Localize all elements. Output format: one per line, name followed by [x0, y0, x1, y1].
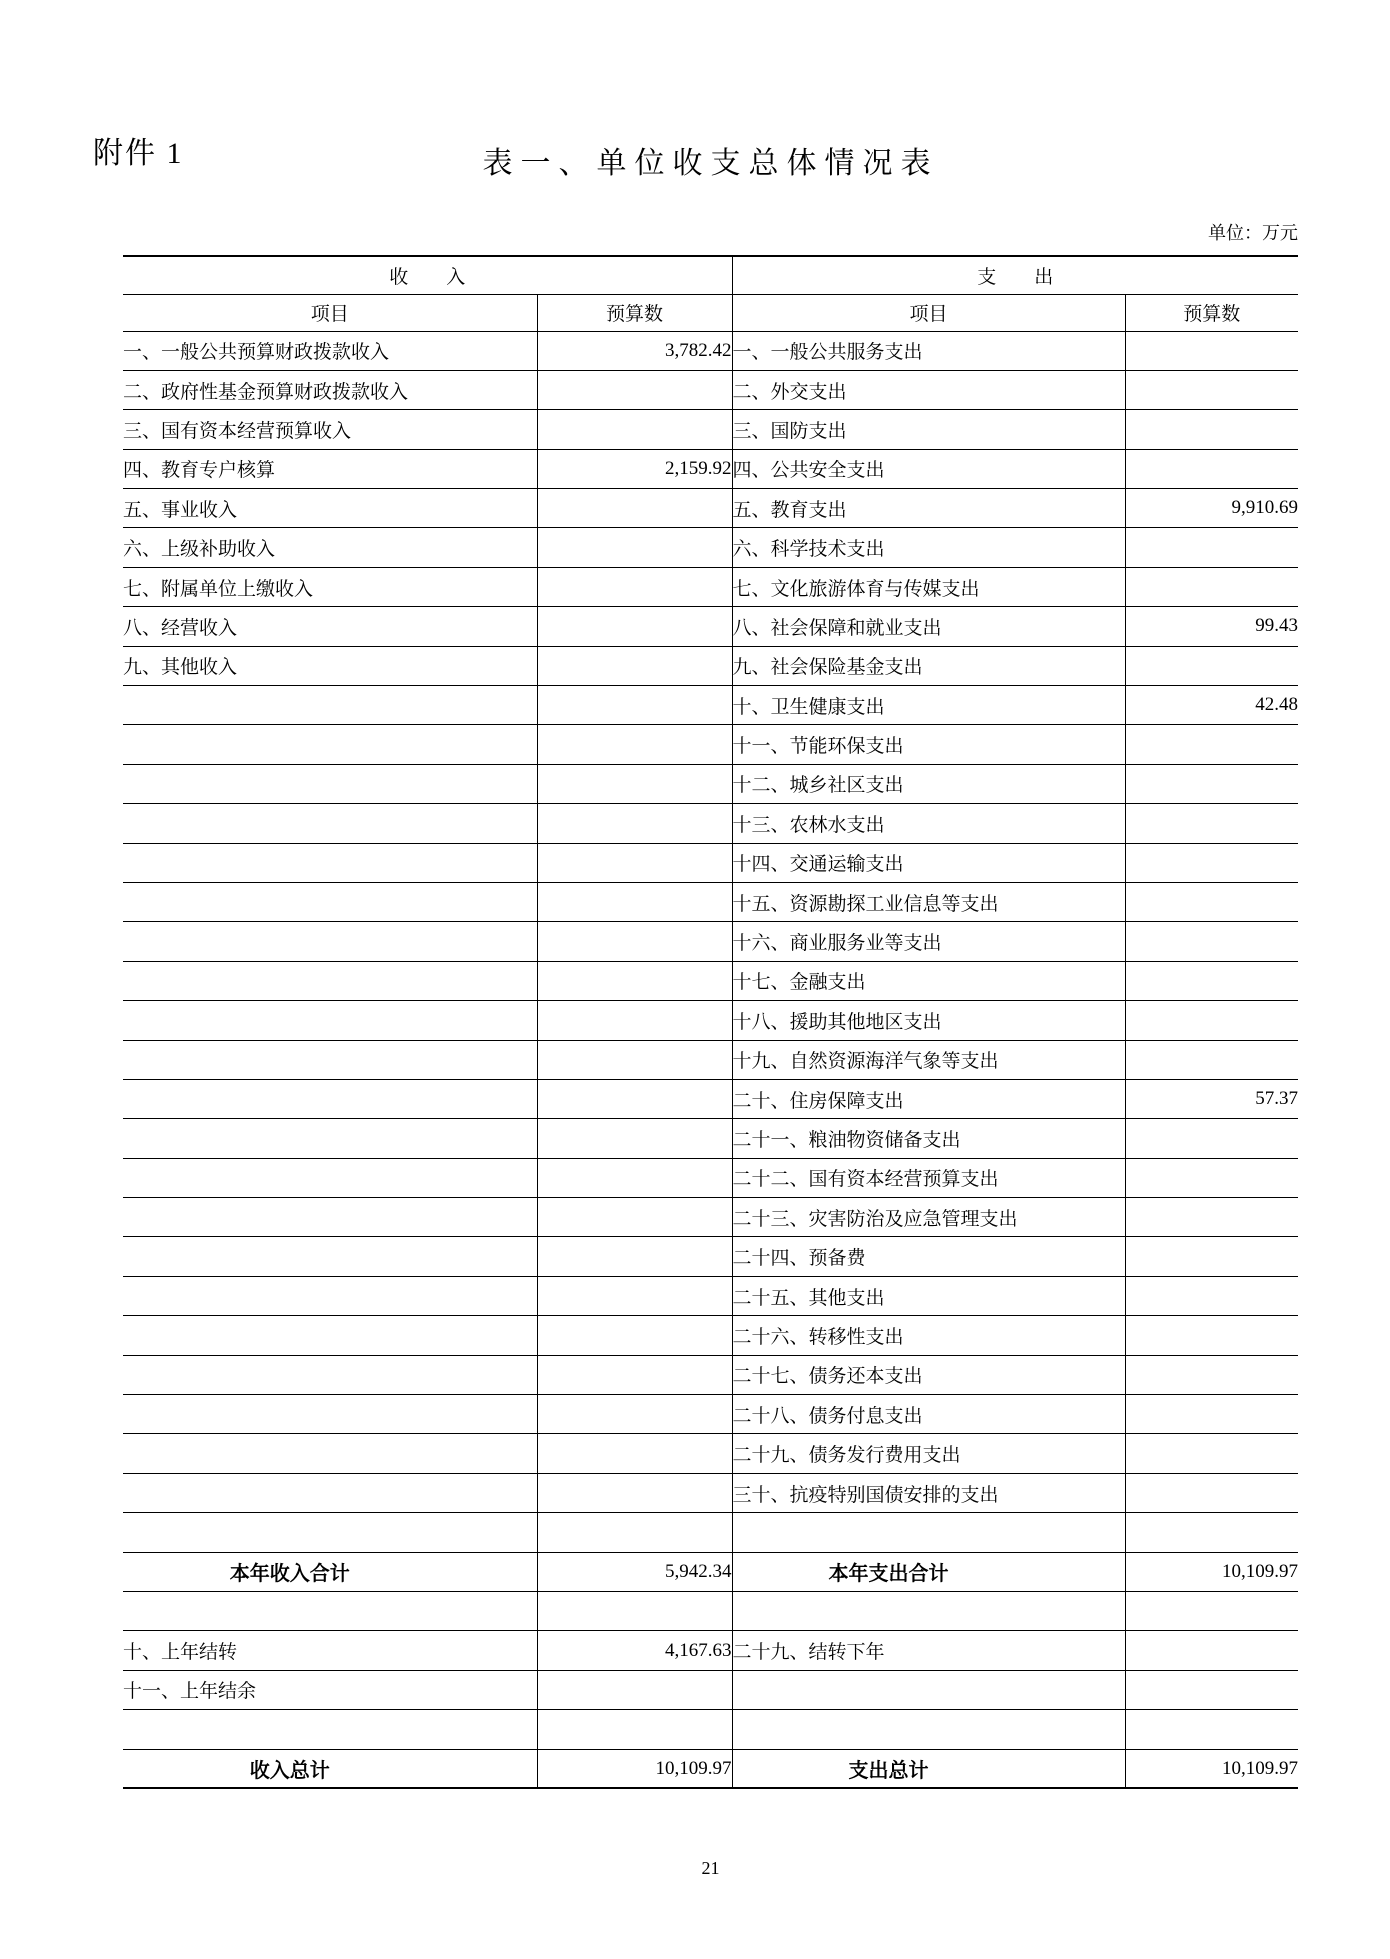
expense-value-cell [1125, 882, 1298, 921]
expense-item-cell: 二十四、预备费 [732, 1237, 1125, 1276]
income-item-cell [123, 843, 537, 882]
income-item-cell [123, 922, 537, 961]
expense-value-cell [1125, 1631, 1298, 1670]
table-row: 十三、农林水支出 [123, 804, 1298, 843]
income-value-cell [537, 804, 732, 843]
table-row: 二十九、债务发行费用支出 [123, 1434, 1298, 1473]
table-row: 二十二、国有资本经营预算支出 [123, 1158, 1298, 1197]
document-page: { "page": { "attachment_label": "附件 1", … [0, 0, 1390, 1959]
expense-value-cell [1125, 804, 1298, 843]
income-value-cell [537, 528, 732, 567]
income-value-cell [537, 1473, 732, 1512]
table-row: 二十六、转移性支出 [123, 1316, 1298, 1355]
income-value-cell [537, 1316, 732, 1355]
income-item-cell: 一、一般公共预算财政拨款收入 [123, 331, 537, 370]
income-value-cell [537, 1237, 732, 1276]
income-value-cell [537, 1592, 732, 1631]
income-value-cell [537, 1001, 732, 1040]
expense-item-cell: 十二、城乡社区支出 [732, 764, 1125, 803]
income-item-cell [123, 764, 537, 803]
table-row: 二十一、粮油物资储备支出 [123, 1119, 1298, 1158]
income-value-cell [537, 882, 732, 921]
expense-item-cell: 二、外交支出 [732, 370, 1125, 409]
table-row: 一、一般公共预算财政拨款收入3,782.42一、一般公共服务支出 [123, 331, 1298, 370]
expense-value-cell [1125, 843, 1298, 882]
expense-item-cell: 二十一、粮油物资储备支出 [732, 1119, 1125, 1158]
expense-value-cell [1125, 410, 1298, 449]
income-item-cell [123, 1276, 537, 1315]
income-value-cell: 10,109.97 [537, 1749, 732, 1788]
income-value-cell [537, 1198, 732, 1237]
table-body: 一、一般公共预算财政拨款收入3,782.42一、一般公共服务支出二、政府性基金预… [123, 331, 1298, 1788]
expense-item-cell [732, 1513, 1125, 1552]
income-item-cell [123, 1434, 537, 1473]
income-item-cell [123, 1513, 537, 1552]
table-row [123, 1592, 1298, 1631]
income-item-cell: 六、上级补助收入 [123, 528, 537, 567]
income-item-cell: 十一、上年结余 [123, 1670, 537, 1709]
expense-value-cell [1125, 528, 1298, 567]
expense-value-cell: 57.37 [1125, 1079, 1298, 1118]
table-row: 二十、住房保障支出57.37 [123, 1079, 1298, 1118]
income-value-cell [537, 1355, 732, 1394]
income-item-cell [123, 686, 537, 725]
expense-value-cell [1125, 1670, 1298, 1709]
table-row: 六、上级补助收入六、科学技术支出 [123, 528, 1298, 567]
income-value-cell [537, 725, 732, 764]
income-item-cell [123, 1198, 537, 1237]
income-value-cell [537, 764, 732, 803]
expense-value-cell [1125, 1237, 1298, 1276]
expense-value-cell [1125, 1040, 1298, 1079]
income-item-cell [123, 1237, 537, 1276]
expense-item-cell [732, 1592, 1125, 1631]
expense-item-cell: 六、科学技术支出 [732, 528, 1125, 567]
table-row: 十五、资源勘探工业信息等支出 [123, 882, 1298, 921]
expense-item-cell: 二十、住房保障支出 [732, 1079, 1125, 1118]
income-item-cell: 十、上年结转 [123, 1631, 537, 1670]
expense-value-cell [1125, 961, 1298, 1000]
income-value-cell [537, 686, 732, 725]
expense-item-cell: 八、社会保障和就业支出 [732, 607, 1125, 646]
income-value-cell [537, 1276, 732, 1315]
table-row [123, 1710, 1298, 1749]
income-value-cell [537, 1158, 732, 1197]
expense-value-cell: 10,109.97 [1125, 1552, 1298, 1591]
income-value-cell [537, 1434, 732, 1473]
expense-value-cell [1125, 331, 1298, 370]
expense-item-cell: 二十二、国有资本经营预算支出 [732, 1158, 1125, 1197]
expense-value-cell: 10,109.97 [1125, 1749, 1298, 1788]
income-item-cell [123, 1473, 537, 1512]
income-value-cell [537, 843, 732, 882]
income-item-cell: 本年收入合计 [123, 1552, 537, 1591]
page-title: 表一、单位收支总体情况表 [123, 138, 1298, 182]
income-item-cell [123, 961, 537, 1000]
expense-value-cell [1125, 1473, 1298, 1512]
income-item-cell [123, 1001, 537, 1040]
expense-item-cell: 五、教育支出 [732, 489, 1125, 528]
expense-item-cell: 二十五、其他支出 [732, 1276, 1125, 1315]
income-item-cell: 二、政府性基金预算财政拨款收入 [123, 370, 537, 409]
table-row: 二十三、灾害防治及应急管理支出 [123, 1198, 1298, 1237]
income-value-cell [537, 607, 732, 646]
expense-budget-column-header: 预算数 [1125, 294, 1298, 331]
income-item-cell [123, 1079, 537, 1118]
expense-value-cell: 42.48 [1125, 686, 1298, 725]
income-value-cell [537, 1710, 732, 1749]
expense-value-cell [1125, 1710, 1298, 1749]
expense-item-cell: 七、文化旅游体育与传媒支出 [732, 567, 1125, 606]
expense-value-cell [1125, 922, 1298, 961]
expense-value-cell [1125, 1158, 1298, 1197]
expense-item-cell: 十三、农林水支出 [732, 804, 1125, 843]
income-item-cell: 收入总计 [123, 1749, 537, 1788]
expense-item-cell: 三、国防支出 [732, 410, 1125, 449]
income-value-cell [537, 489, 732, 528]
income-item-cell [123, 1158, 537, 1197]
expense-item-cell: 二十六、转移性支出 [732, 1316, 1125, 1355]
income-value-cell [537, 961, 732, 1000]
table-row: 五、事业收入五、教育支出9,910.69 [123, 489, 1298, 528]
table-row: 十二、城乡社区支出 [123, 764, 1298, 803]
income-section-header: 收 入 [123, 256, 732, 294]
income-value-cell [537, 1395, 732, 1434]
expense-value-cell [1125, 370, 1298, 409]
income-item-cell: 四、教育专户核算 [123, 449, 537, 488]
table-row: 收入总计10,109.97支出总计10,109.97 [123, 1749, 1298, 1788]
table-row [123, 1513, 1298, 1552]
unit-label: 单位：万元 [123, 219, 1298, 245]
expense-value-cell [1125, 1276, 1298, 1315]
expense-item-cell: 二十三、灾害防治及应急管理支出 [732, 1198, 1125, 1237]
table-row: 二十四、预备费 [123, 1237, 1298, 1276]
table-row: 十六、商业服务业等支出 [123, 922, 1298, 961]
income-item-column-header: 项目 [123, 294, 537, 331]
expense-item-cell [732, 1670, 1125, 1709]
table-row: 九、其他收入九、社会保险基金支出 [123, 646, 1298, 685]
income-value-cell [537, 1513, 732, 1552]
expense-value-cell [1125, 1119, 1298, 1158]
income-item-cell [123, 1710, 537, 1749]
income-item-cell [123, 1355, 537, 1394]
income-item-cell [123, 1395, 537, 1434]
expense-section-header: 支 出 [732, 256, 1298, 294]
table-row: 二十五、其他支出 [123, 1276, 1298, 1315]
section-header-row: 收 入 支 出 [123, 256, 1298, 294]
expense-item-cell: 十九、自然资源海洋气象等支出 [732, 1040, 1125, 1079]
expense-item-cell: 二十九、结转下年 [732, 1631, 1125, 1670]
income-item-cell: 三、国有资本经营预算收入 [123, 410, 537, 449]
income-item-cell: 五、事业收入 [123, 489, 537, 528]
budget-table: 收 入 支 出 项目 预算数 项目 预算数 一、一般公共预算财政拨款收入3,78… [123, 255, 1298, 1789]
income-item-cell [123, 1040, 537, 1079]
expense-item-cell: 二十七、债务还本支出 [732, 1355, 1125, 1394]
income-item-cell [123, 1316, 537, 1355]
expense-value-cell [1125, 1395, 1298, 1434]
income-value-cell [537, 922, 732, 961]
expense-value-cell [1125, 1592, 1298, 1631]
expense-value-cell [1125, 1355, 1298, 1394]
expense-value-cell [1125, 764, 1298, 803]
income-item-cell: 九、其他收入 [123, 646, 537, 685]
expense-value-cell [1125, 1198, 1298, 1237]
income-item-cell [123, 804, 537, 843]
table-head: 收 入 支 出 项目 预算数 项目 预算数 [123, 256, 1298, 331]
table-row: 四、教育专户核算2,159.92四、公共安全支出 [123, 449, 1298, 488]
table-row: 十七、金融支出 [123, 961, 1298, 1000]
expense-item-cell: 二十八、债务付息支出 [732, 1395, 1125, 1434]
column-header-row: 项目 预算数 项目 预算数 [123, 294, 1298, 331]
page-number: 21 [123, 1858, 1298, 1879]
table-row: 十一、上年结余 [123, 1670, 1298, 1709]
table-row: 二十八、债务付息支出 [123, 1395, 1298, 1434]
income-value-cell [537, 370, 732, 409]
income-value-cell [537, 646, 732, 685]
table-row: 十、上年结转4,167.63二十九、结转下年 [123, 1631, 1298, 1670]
expense-value-cell [1125, 1513, 1298, 1552]
income-item-cell [123, 1119, 537, 1158]
expense-value-cell [1125, 1434, 1298, 1473]
expense-value-cell [1125, 725, 1298, 764]
expense-item-cell: 十八、援助其他地区支出 [732, 1001, 1125, 1040]
expense-item-cell: 本年支出合计 [732, 1552, 1125, 1591]
expense-value-cell [1125, 1001, 1298, 1040]
expense-value-cell: 99.43 [1125, 607, 1298, 646]
table-row: 三、国有资本经营预算收入三、国防支出 [123, 410, 1298, 449]
table-row: 三十、抗疫特别国债安排的支出 [123, 1473, 1298, 1512]
expense-item-cell: 十七、金融支出 [732, 961, 1125, 1000]
income-value-cell: 4,167.63 [537, 1631, 732, 1670]
income-value-cell [537, 410, 732, 449]
expense-value-cell: 9,910.69 [1125, 489, 1298, 528]
expense-item-cell: 十六、商业服务业等支出 [732, 922, 1125, 961]
expense-item-cell [732, 1710, 1125, 1749]
table-row: 十四、交通运输支出 [123, 843, 1298, 882]
income-item-cell [123, 1592, 537, 1631]
table-row: 二十七、债务还本支出 [123, 1355, 1298, 1394]
income-value-cell: 2,159.92 [537, 449, 732, 488]
table-row: 二、政府性基金预算财政拨款收入二、外交支出 [123, 370, 1298, 409]
expense-item-cell: 三十、抗疫特别国债安排的支出 [732, 1473, 1125, 1512]
expense-item-cell: 十四、交通运输支出 [732, 843, 1125, 882]
expense-value-cell [1125, 646, 1298, 685]
expense-item-cell: 十、卫生健康支出 [732, 686, 1125, 725]
table-row: 十一、节能环保支出 [123, 725, 1298, 764]
income-budget-column-header: 预算数 [537, 294, 732, 331]
table-row: 十、卫生健康支出42.48 [123, 686, 1298, 725]
income-value-cell [537, 1670, 732, 1709]
income-value-cell [537, 1040, 732, 1079]
income-value-cell [537, 567, 732, 606]
expense-value-cell [1125, 449, 1298, 488]
income-item-cell [123, 882, 537, 921]
expense-item-cell: 十一、节能环保支出 [732, 725, 1125, 764]
expense-value-cell [1125, 567, 1298, 606]
income-value-cell: 3,782.42 [537, 331, 732, 370]
expense-item-cell: 支出总计 [732, 1749, 1125, 1788]
table-row: 十九、自然资源海洋气象等支出 [123, 1040, 1298, 1079]
income-value-cell [537, 1119, 732, 1158]
expense-item-column-header: 项目 [732, 294, 1125, 331]
expense-value-cell [1125, 1316, 1298, 1355]
income-item-cell: 七、附属单位上缴收入 [123, 567, 537, 606]
income-value-cell [537, 1079, 732, 1118]
table-row: 八、经营收入八、社会保障和就业支出99.43 [123, 607, 1298, 646]
income-item-cell: 八、经营收入 [123, 607, 537, 646]
expense-item-cell: 一、一般公共服务支出 [732, 331, 1125, 370]
expense-item-cell: 二十九、债务发行费用支出 [732, 1434, 1125, 1473]
table-row: 七、附属单位上缴收入七、文化旅游体育与传媒支出 [123, 567, 1298, 606]
expense-item-cell: 九、社会保险基金支出 [732, 646, 1125, 685]
income-value-cell: 5,942.34 [537, 1552, 732, 1591]
income-item-cell [123, 725, 537, 764]
expense-item-cell: 四、公共安全支出 [732, 449, 1125, 488]
table-row: 十八、援助其他地区支出 [123, 1001, 1298, 1040]
expense-item-cell: 十五、资源勘探工业信息等支出 [732, 882, 1125, 921]
table-row: 本年收入合计5,942.34本年支出合计10,109.97 [123, 1552, 1298, 1591]
